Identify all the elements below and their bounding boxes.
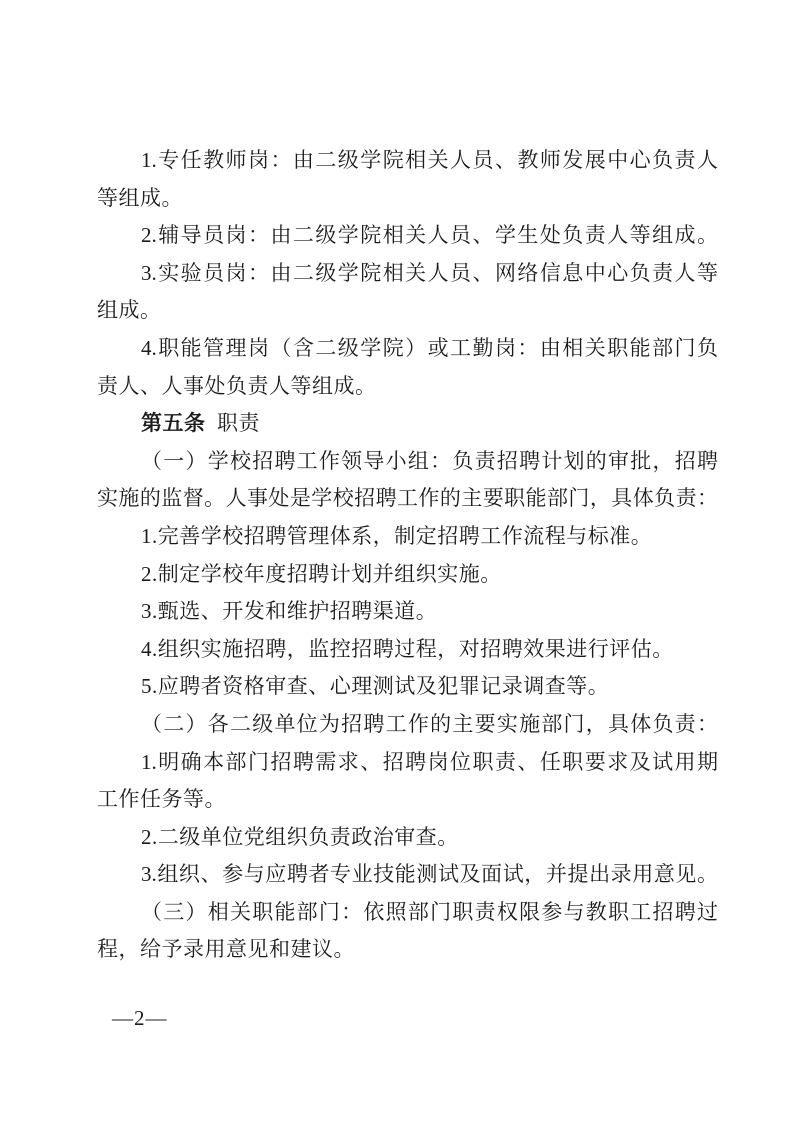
text-line: 4.组织实施招聘，监控招聘过程，对招聘效果进行评估。: [97, 631, 718, 669]
text-line: 4.职能管理岗（含二级学院）或工勤岗：由相关职能部门负: [97, 330, 718, 368]
text-line: 程，给予录用意见和建议。: [97, 931, 718, 969]
text-line: （二）各二级单位为招聘工作的主要实施部门，具体负责：: [97, 706, 718, 744]
document-page: 1.专任教师岗：由二级学院相关人员、教师发展中心负责人等组成。2.辅导员岗：由二…: [0, 0, 794, 1122]
article-heading: 第五条职责: [97, 405, 718, 443]
text-line: 1.完善学校招聘管理体系，制定招聘工作流程与标准。: [97, 518, 718, 556]
text-line: 等组成。: [97, 180, 718, 218]
text-line: 实施的监督。人事处是学校招聘工作的主要职能部门，具体负责：: [97, 480, 718, 518]
text-line: 3.组织、参与应聘者专业技能测试及面试，并提出录用意见。: [97, 856, 718, 894]
text-line: 3.实验员岗：由二级学院相关人员、网络信息中心负责人等: [97, 255, 718, 293]
document-body: 1.专任教师岗：由二级学院相关人员、教师发展中心负责人等组成。2.辅导员岗：由二…: [97, 142, 718, 969]
text-line: 责人、人事处负责人等组成。: [97, 368, 718, 406]
text-line: 2.辅导员岗：由二级学院相关人员、学生处负责人等组成。: [97, 217, 718, 255]
text-line: 2.制定学校年度招聘计划并组织实施。: [97, 556, 718, 594]
text-line: （三）相关职能部门：依照部门职责权限参与教职工招聘过: [97, 894, 718, 932]
article-title: 职责: [217, 411, 260, 435]
article-number: 第五条: [141, 412, 206, 435]
text-line: （一）学校招聘工作领导小组：负责招聘计划的审批，招聘: [97, 443, 718, 481]
text-line: 5.应聘者资格审查、心理测试及犯罪记录调查等。: [97, 668, 718, 706]
text-line: 1.明确本部门招聘需求、招聘岗位职责、任职要求及试用期: [97, 744, 718, 782]
text-line: 1.专任教师岗：由二级学院相关人员、教师发展中心负责人: [97, 142, 718, 180]
text-line: 3.甄选、开发和维护招聘渠道。: [97, 593, 718, 631]
text-line: 工作任务等。: [97, 781, 718, 819]
text-line: 2.二级单位党组织负责政治审查。: [97, 819, 718, 857]
text-line: 组成。: [97, 292, 718, 330]
page-number: —2—: [112, 1002, 168, 1034]
